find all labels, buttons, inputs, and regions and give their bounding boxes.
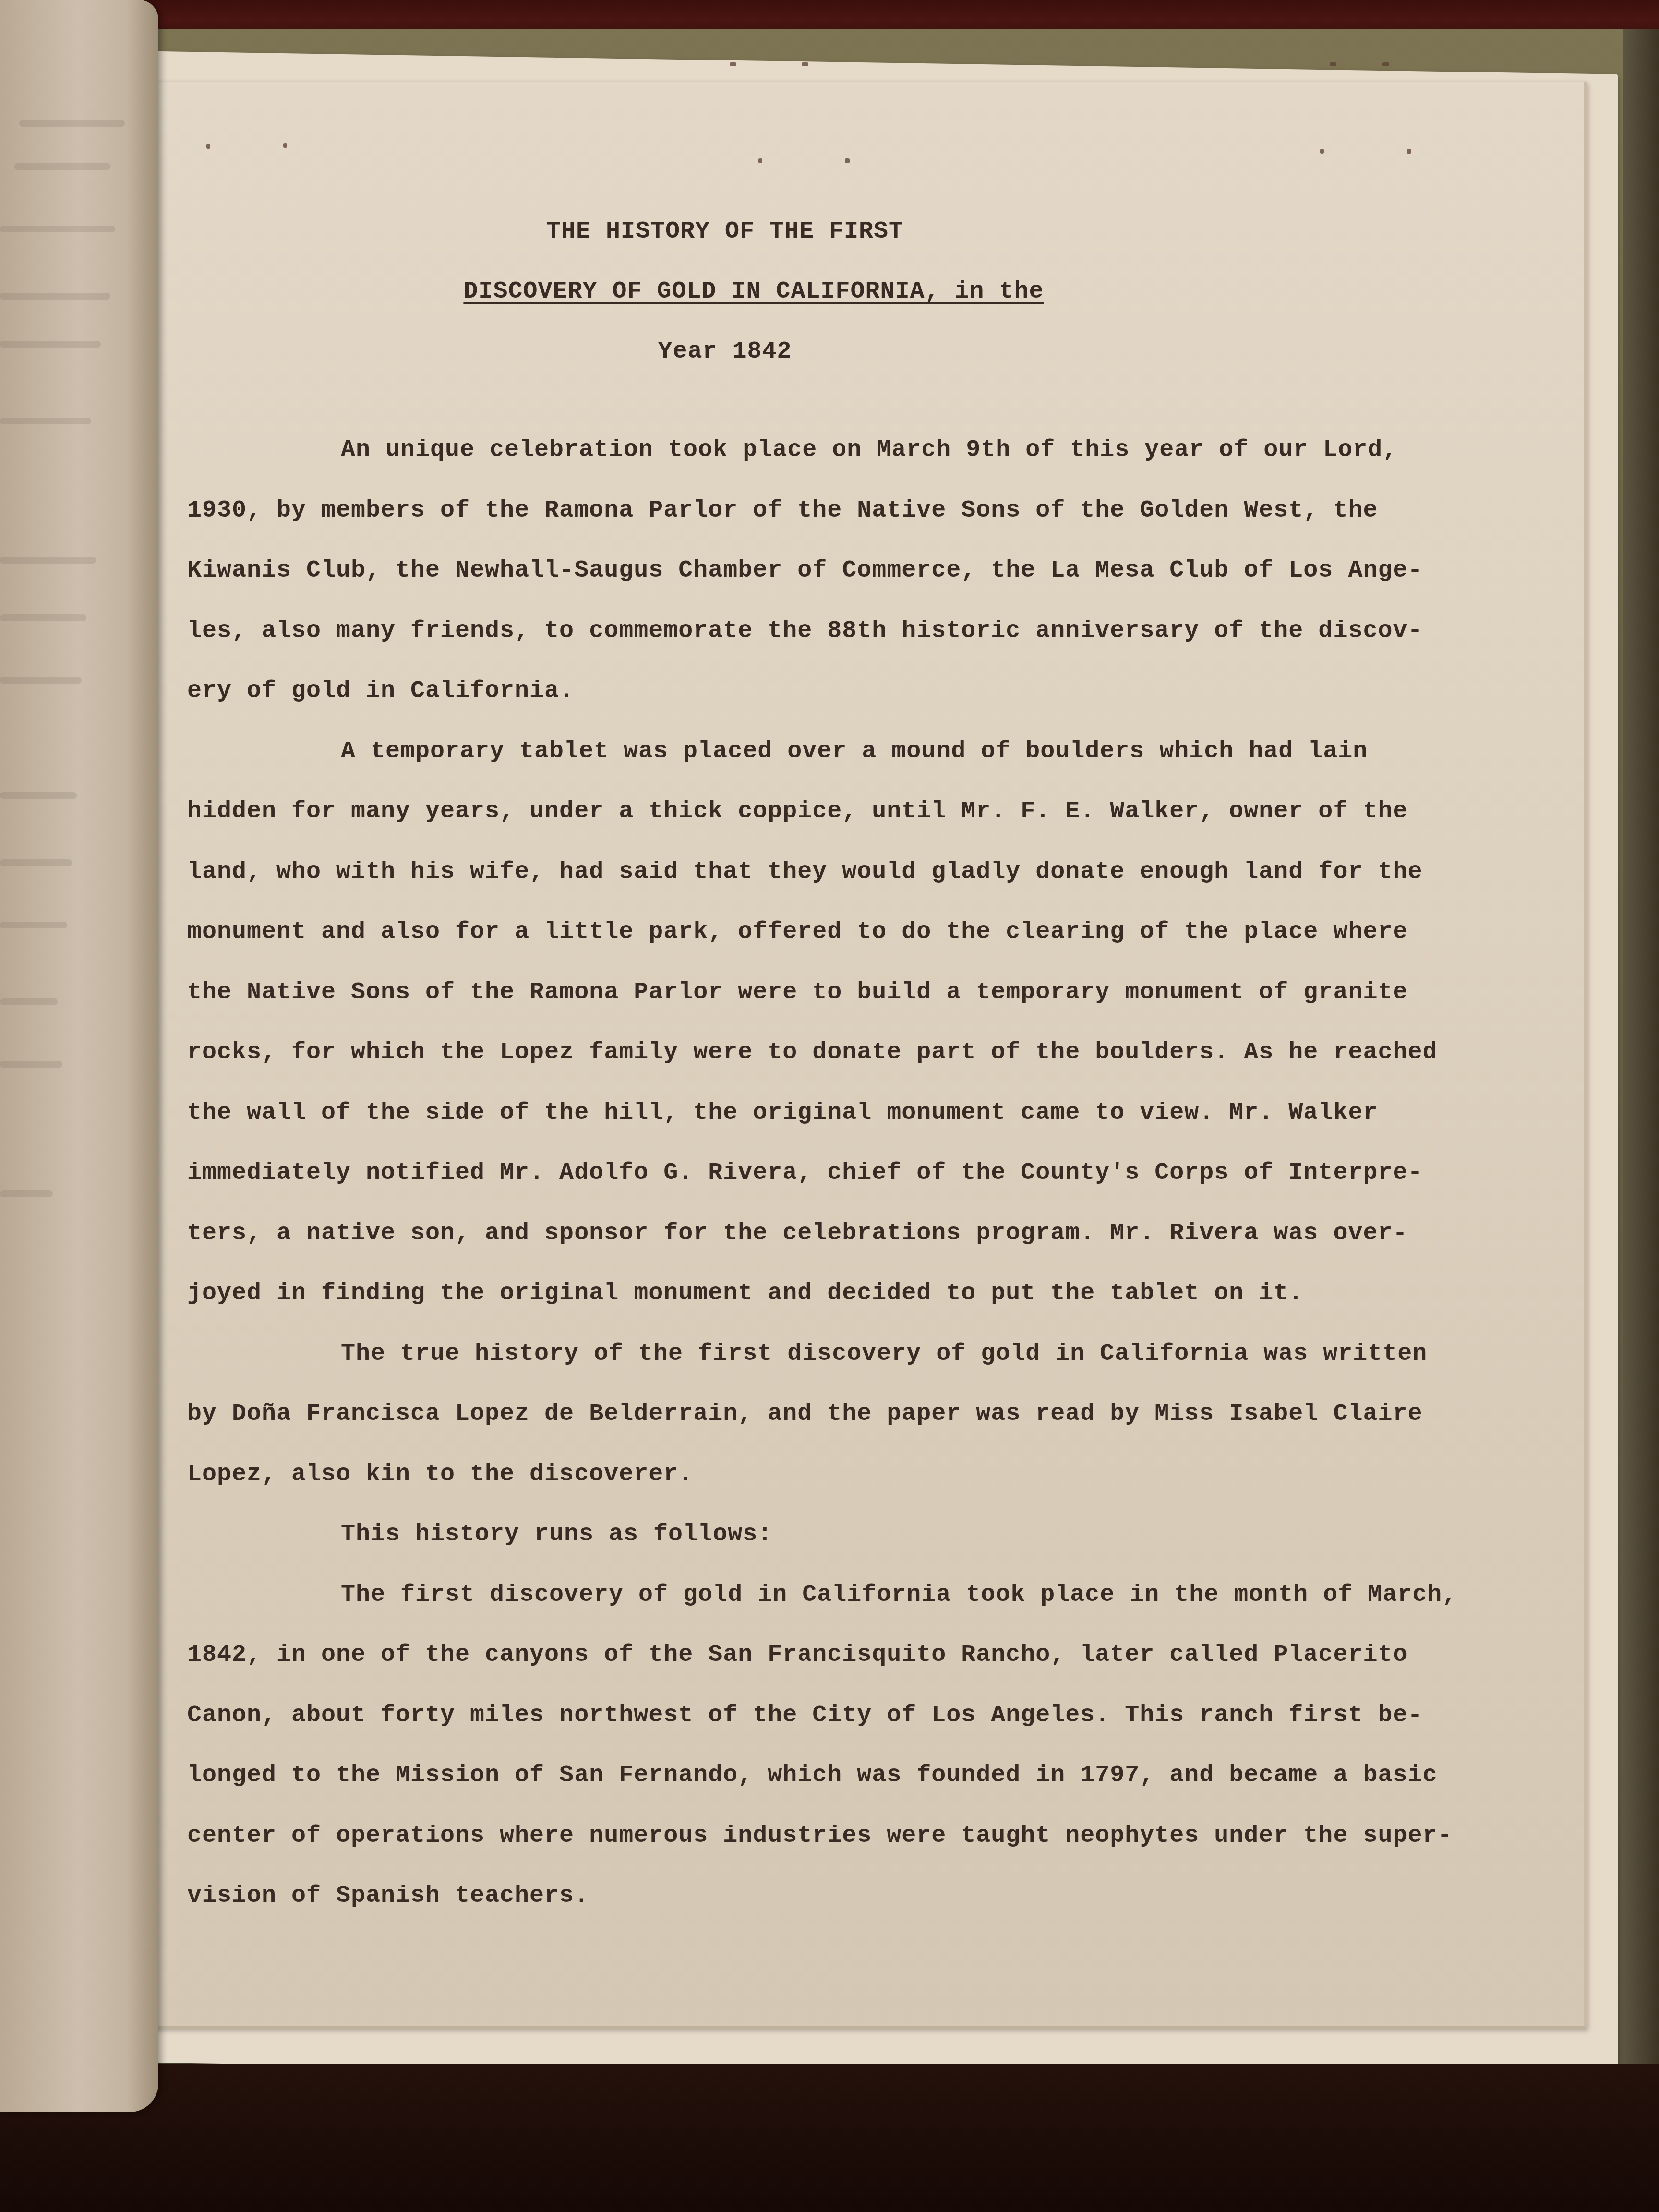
text-line: center of operations where numerous indu…	[187, 1806, 1474, 1866]
text-line: the Native Sons of the Ramona Parlor wer…	[187, 962, 1474, 1023]
text-line: land, who with his wife, had said that t…	[187, 842, 1474, 902]
paragraph-4: This history runs as follows:	[187, 1504, 1474, 1565]
text-line: les, also many friends, to commemorate t…	[187, 601, 1474, 661]
faded-text	[0, 557, 96, 564]
text-line: longed to the Mission of San Fernando, w…	[187, 1745, 1474, 1806]
typewriter-mark	[845, 158, 850, 163]
text-line: ters, a native son, and sponsor for the …	[187, 1203, 1474, 1264]
faded-text	[14, 163, 110, 170]
punch-mark	[1382, 62, 1389, 66]
document-body: THE HISTORY OF THE FIRST DISCOVERY OF GO…	[187, 202, 1474, 1926]
paragraph-1: An unique celebration took place on Marc…	[187, 420, 1474, 721]
document-text: An unique celebration took place on Marc…	[187, 420, 1474, 1926]
text-line: by Doña Francisca Lopez de Belderrain, a…	[187, 1384, 1474, 1444]
faded-text	[0, 226, 115, 232]
faded-text	[0, 293, 110, 300]
text-line: 1930, by members of the Ramona Parlor of…	[187, 481, 1474, 541]
faded-text	[0, 792, 77, 799]
typewriter-mark	[283, 143, 287, 148]
text-line: hidden for many years, under a thick cop…	[187, 781, 1474, 842]
facing-page	[0, 0, 158, 2112]
text-line: Lopez, also kin to the discoverer.	[187, 1444, 1474, 1505]
title-line-1: THE HISTORY OF THE FIRST	[187, 202, 1474, 262]
text-line: vision of Spanish teachers.	[187, 1866, 1474, 1926]
text-line: 1842, in one of the canyons of the San F…	[187, 1625, 1474, 1685]
faded-text	[0, 341, 101, 348]
background-bottom	[0, 2064, 1659, 2212]
text-line: Canon, about forty miles northwest of th…	[187, 1685, 1474, 1746]
faded-text	[0, 922, 67, 928]
text-line: immediately notified Mr. Adolfo G. River…	[187, 1143, 1474, 1203]
text-line: The first discovery of gold in Californi…	[187, 1565, 1474, 1625]
binder-edge	[1623, 29, 1659, 2093]
text-line: Kiwanis Club, the Newhall-Saugus Chamber…	[187, 541, 1474, 601]
text-line: rocks, for which the Lopez family were t…	[187, 1022, 1474, 1083]
faded-text	[0, 677, 82, 684]
text-line: This history runs as follows:	[187, 1504, 1474, 1565]
paragraph-3: The true history of the first discovery …	[187, 1324, 1474, 1505]
typewriter-mark	[206, 144, 210, 149]
punch-mark	[730, 62, 736, 66]
faded-text	[0, 1190, 53, 1197]
typewriter-mark	[1320, 149, 1324, 154]
faded-text	[0, 614, 86, 621]
faded-text	[0, 418, 91, 424]
typewriter-mark	[758, 158, 762, 163]
text-line: monument and also for a little park, off…	[187, 902, 1474, 962]
text-line: An unique celebration took place on Marc…	[187, 420, 1474, 481]
punch-mark	[802, 62, 808, 66]
faded-text	[19, 120, 125, 127]
title-line-3: Year 1842	[187, 322, 1474, 382]
faded-text	[0, 859, 72, 866]
title-line-2: DISCOVERY OF GOLD IN CALIFORNIA, in the	[187, 262, 1474, 322]
text-line: A temporary tablet was placed over a mou…	[187, 721, 1474, 782]
text-line: joyed in finding the original monument a…	[187, 1263, 1474, 1324]
title-line-2-text: DISCOVERY OF GOLD IN CALIFORNIA, in the	[463, 278, 1044, 305]
punch-mark	[1330, 62, 1336, 66]
faded-text	[0, 998, 58, 1005]
document-title: THE HISTORY OF THE FIRST DISCOVERY OF GO…	[187, 202, 1474, 382]
text-line: the wall of the side of the hill, the or…	[187, 1083, 1474, 1143]
text-line: ery of gold in California.	[187, 661, 1474, 721]
text-line: The true history of the first discovery …	[187, 1324, 1474, 1384]
paragraph-2: A temporary tablet was placed over a mou…	[187, 721, 1474, 1324]
faded-text	[0, 1061, 62, 1068]
typewriter-mark	[1407, 149, 1411, 154]
paragraph-5: The first discovery of gold in Californi…	[187, 1565, 1474, 1926]
